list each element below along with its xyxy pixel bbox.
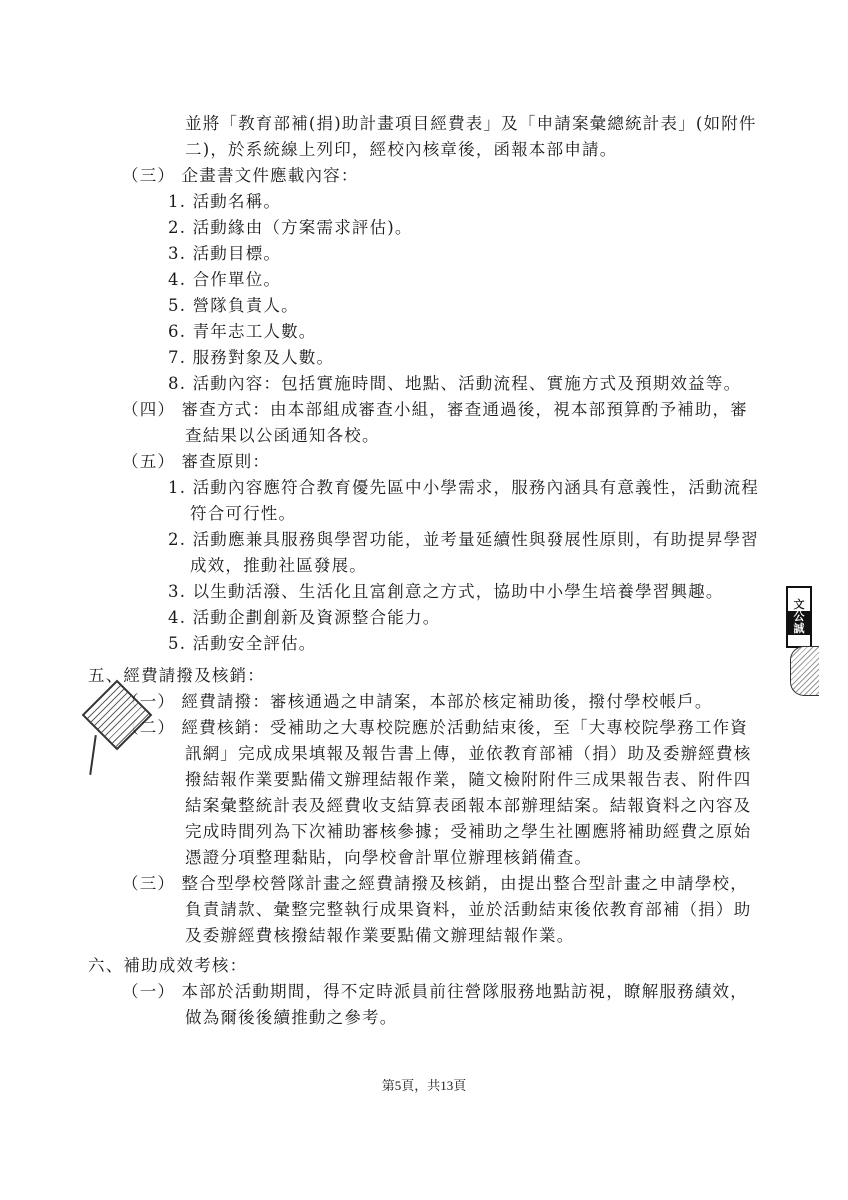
text-line: 負責請款、彙整完整執行成果資料，並於活動結束後依教育部補（捐）助 [185, 899, 751, 921]
text-line: 2. 活動應兼具服務與學習功能，並考量延續性與發展性原則，有助提昇學習 [168, 529, 759, 551]
text-line: 做為爾後後續推動之參考。 [185, 1007, 397, 1029]
text-line: （三） 企畫書文件應載內容： [122, 165, 359, 187]
text-line: 6. 青年志工人數。 [168, 321, 317, 343]
text-line: 8. 活動內容：包括實施時間、地點、活動流程、實施方式及預期效益等。 [168, 373, 741, 395]
text-line: （五） 審查原則： [122, 451, 270, 473]
text-line: 訊網」完成成果填報及報告書上傳，並依教育部補（捐）助及委辦經費核 [185, 743, 751, 765]
text-line: （一） 經費請撥：審核通過之申請案，本部於核定補助後，撥付學校帳戶。 [122, 691, 713, 713]
text-line: 7. 服務對象及人數。 [168, 347, 334, 369]
text-line: 5. 營隊負責人。 [168, 295, 299, 317]
text-line: 符合可行性。 [190, 503, 296, 525]
text-line: 1. 活動名稱。 [168, 191, 281, 213]
text-line: 撥結報作業要點備文辦理結報作業，隨文檢附附件三成果報告表、附件四 [185, 769, 751, 791]
seal-signature-stroke [89, 735, 97, 775]
text-line: （四） 審查方式：由本部組成審查小組，審查通過後，視本部預算酌予補助，審 [122, 399, 748, 421]
text-line: 3. 以生動活潑、生活化且富創意之方式，協助中小學生培養學習興趣。 [168, 581, 724, 603]
text-line: 4. 合作單位。 [168, 269, 281, 291]
text-line: 4. 活動企劃創新及資源整合能力。 [168, 607, 440, 629]
text-line: 及委辦經費核撥結報作業要點備文辦理結報作業。 [185, 925, 574, 947]
text-line: 結案彙整統計表及經費收支結算表函報本部辦理結案。結報資料之內容及 [185, 795, 751, 817]
text-line: 六、補助成效考核： [88, 955, 247, 977]
text-line: （一） 本部於活動期間，得不定時派員前往營隊服務地點訪視，瞭解服務績效， [122, 981, 748, 1003]
text-line: （二） 經費核銷：受補助之大專校院應於活動結束後，至「大專校院學務工作資 [122, 717, 748, 739]
seal-char: 誠 [788, 623, 810, 635]
page-number-footer: 第5頁，共13頁 [0, 1075, 848, 1094]
text-line: 1. 活動內容應符合教育優先區中小學需求，服務內涵具有意義性，活動流程 [168, 477, 759, 499]
page-seam-seal [790, 646, 819, 696]
text-line: 二)，於系統線上列印，經校內核章後，函報本部申請。 [185, 139, 617, 161]
text-line: 成效，推動社區發展。 [190, 555, 367, 577]
official-seal-stamp-right: 文 公 誠 [786, 586, 812, 648]
text-line: 5. 活動安全評估。 [168, 633, 317, 655]
text-line: 查結果以公函通知各校。 [185, 425, 380, 447]
text-line: 憑證分項整理黏貼，向學校會計單位辦理核銷備查。 [185, 847, 592, 869]
text-line: 並將「教育部補(捐)助計畫項目經費表」及「申請案彙總統計表」(如附件 [185, 113, 757, 135]
text-line: 2. 活動緣由（方案需求評估)。 [168, 217, 413, 239]
text-line: 3. 活動目標。 [168, 243, 281, 265]
text-line: （三） 整合型學校營隊計畫之經費請撥及核銷，由提出整合型計畫之申請學校， [122, 873, 748, 895]
text-line: 完成時間列為下次補助審核參據；受補助之學生社團應將補助經費之原始 [185, 821, 751, 843]
